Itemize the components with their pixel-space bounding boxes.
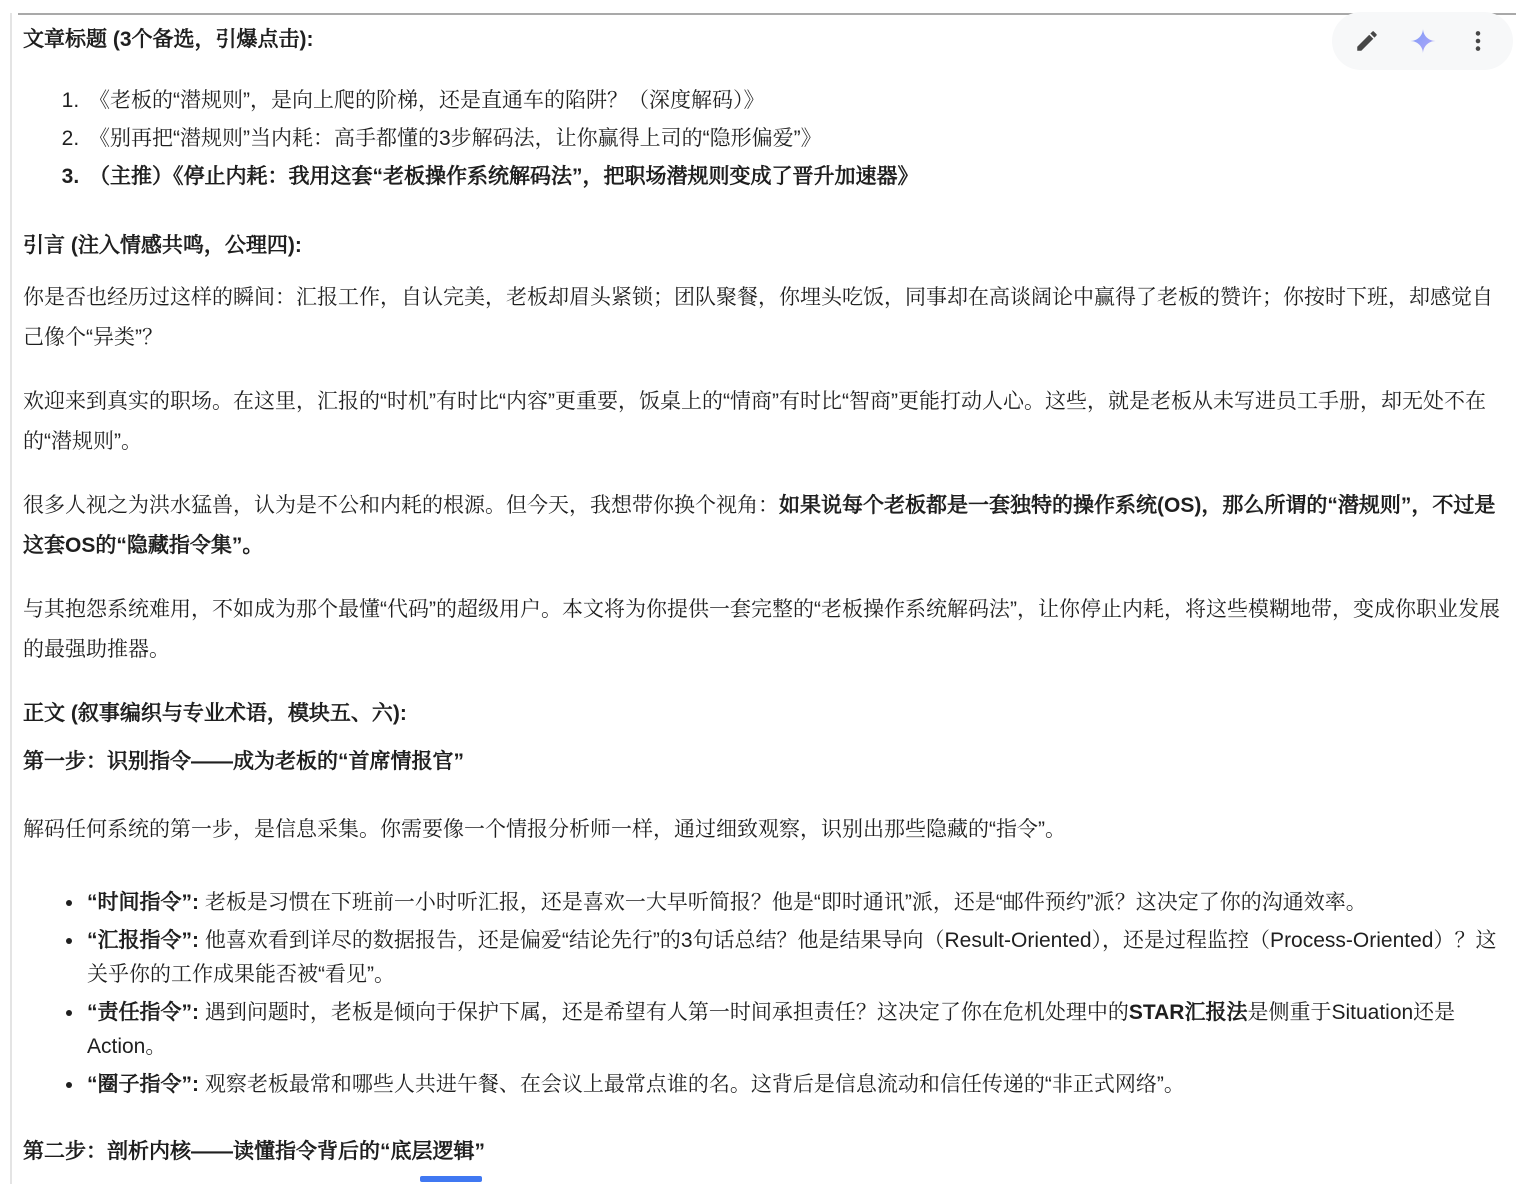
bullet-responsibility-label: “责任指令”: xyxy=(87,1001,199,1024)
title-option-3: （主推）《停止内耗：我用这套“老板操作系统解码法”，把职场潜规则变成了晋升加速器… xyxy=(85,158,1504,196)
intro-paragraph-4: 与其抱怨系统难用，不如成为那个最懂“代码”的超级用户。本文将为你提供一套完整的“… xyxy=(23,590,1504,670)
title-option-1-text: 《老板的“潜规则”，是向上爬的阶梯，还是直通车的陷阱？（深度解码）》 xyxy=(89,89,764,112)
edit-button[interactable] xyxy=(1347,21,1387,61)
intro-paragraph-3: 很多人视之为洪水猛兽，认为是不公和内耗的根源。但今天，我想带你换个视角：如果说每… xyxy=(23,486,1504,566)
title-option-1: 《老板的“潜规则”，是向上爬的阶梯，还是直通车的陷阱？（深度解码）》 xyxy=(85,82,1504,120)
bullet-report-command: “汇报指令”: 他喜欢看到详尽的数据报告，还是偏爱“结论先行”的3句话总结？他是… xyxy=(85,924,1504,992)
step1-heading: 第一步：识别指令——成为老板的“首席情报官” xyxy=(23,742,1504,782)
bullet-time-label: “时间指令”: xyxy=(87,891,199,914)
article-titles-heading: 文章标题 (3个备选，引爆点击): xyxy=(23,20,1504,60)
bullet-responsibility-text1: 遇到问题时，老板是倾向于保护下属，还是希望有人第一时间承担责任？这决定了你在危机… xyxy=(199,1001,1129,1024)
bullet-time-command: “时间指令”: 老板是习惯在下班前一小时听汇报，还是喜欢一大早听简报？他是“即时… xyxy=(85,886,1504,920)
title-option-2: 《别再把“潜规则”当内耗：高手都懂的3步解码法，让你赢得上司的“隐形偏爱”》 xyxy=(85,120,1504,158)
top-divider-line xyxy=(18,13,1516,15)
three-dots-vertical-icon xyxy=(1465,28,1491,54)
title-option-2-text: 《别再把“潜规则”当内耗：高手都懂的3步解码法，让你赢得上司的“隐形偏爱”》 xyxy=(89,127,822,150)
bullet-responsibility-command: “责任指令”: 遇到问题时，老板是倾向于保护下属，还是希望有人第一时间承担责任？… xyxy=(85,996,1504,1064)
title-options-list: 《老板的“潜规则”，是向上爬的阶梯，还是直通车的陷阱？（深度解码）》 《别再把“… xyxy=(23,82,1504,196)
bottom-blue-indicator xyxy=(420,1176,482,1182)
gemini-sparkle-icon xyxy=(1408,26,1438,56)
command-bullets-list: “时间指令”: 老板是习惯在下班前一小时听汇报，还是喜欢一大早听简报？他是“即时… xyxy=(23,886,1504,1102)
bullet-report-label: “汇报指令”: xyxy=(87,929,199,952)
article-content: 文章标题 (3个备选，引爆点击): 《老板的“潜规则”，是向上爬的阶梯，还是直通… xyxy=(23,20,1504,1172)
pencil-edit-icon xyxy=(1354,28,1380,54)
step1-intro-paragraph: 解码任何系统的第一步，是信息采集。你需要像一个情报分析师一样，通过细致观察，识别… xyxy=(23,810,1504,850)
intro-paragraph-1: 你是否也经历过这样的瞬间：汇报工作，自认完美，老板却眉头紧锁；团队聚餐，你埋头吃… xyxy=(23,278,1504,358)
response-page: 文章标题 (3个备选，引爆点击): 《老板的“潜规则”，是向上爬的阶梯，还是直通… xyxy=(0,0,1524,1184)
bullet-circle-text: 观察老板最常和哪些人共进午餐、在会议上最常点谁的名。这背后是信息流动和信任传递的… xyxy=(199,1073,1185,1096)
sparkle-button[interactable] xyxy=(1403,21,1443,61)
response-hover-toolbar xyxy=(1332,12,1513,70)
intro-paragraph-3-normal: 很多人视之为洪水猛兽，认为是不公和内耗的根源。但今天，我想带你换个视角： xyxy=(23,494,779,517)
bullet-responsibility-bold: STAR汇报法 xyxy=(1129,1001,1248,1024)
intro-paragraph-2: 欢迎来到真实的职场。在这里，汇报的“时机”有时比“内容”更重要，饭桌上的“情商”… xyxy=(23,382,1504,462)
body-section-heading: 正文 (叙事编织与专业术语，模块五、六): xyxy=(23,694,1504,734)
title-option-3-text: （主推）《停止内耗：我用这套“老板操作系统解码法”，把职场潜规则变成了晋升加速器… xyxy=(89,165,919,188)
intro-heading: 引言 (注入情感共鸣，公理四): xyxy=(23,226,1504,266)
left-border-line xyxy=(10,13,12,1184)
bullet-circle-label: “圈子指令”: xyxy=(87,1073,199,1096)
bullet-report-text: 他喜欢看到详尽的数据报告，还是偏爱“结论先行”的3句话总结？他是结果导向（Res… xyxy=(87,929,1496,986)
bullet-time-text: 老板是习惯在下班前一小时听汇报，还是喜欢一大早听简报？他是“即时通讯”派，还是“… xyxy=(199,891,1367,914)
more-options-button[interactable] xyxy=(1458,21,1498,61)
step2-heading: 第二步：剖析内核——读懂指令背后的“底层逻辑” xyxy=(23,1132,1504,1172)
bullet-circle-command: “圈子指令”: 观察老板最常和哪些人共进午餐、在会议上最常点谁的名。这背后是信息… xyxy=(85,1068,1504,1102)
